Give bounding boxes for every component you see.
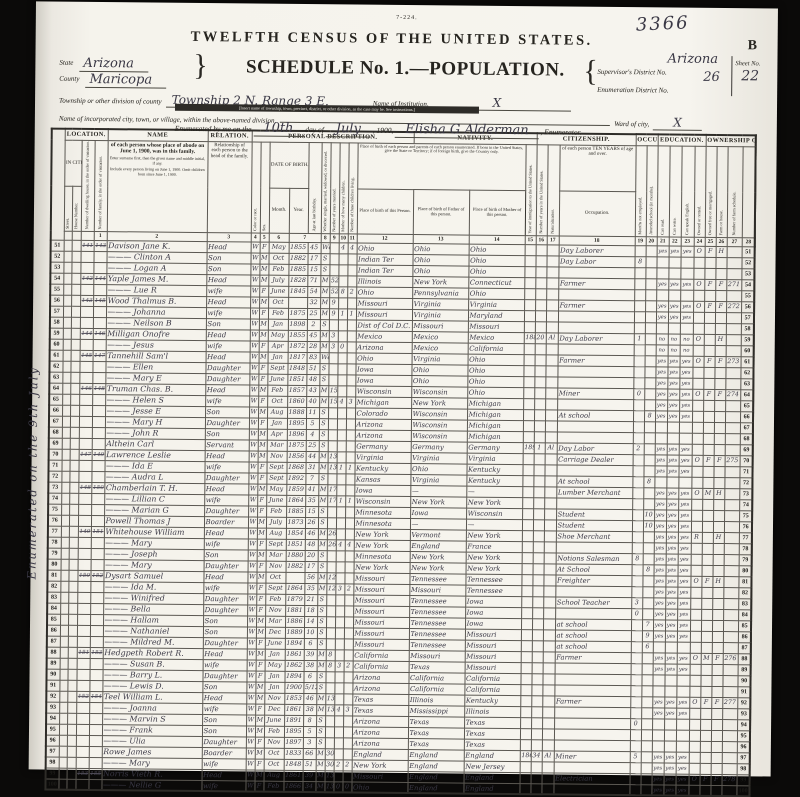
- enumeration-district-value: 26: [703, 70, 720, 85]
- farm-house-cell: F: [715, 356, 726, 367]
- farm-house-cell: F: [712, 653, 723, 664]
- can-read-cell: yes: [655, 400, 667, 411]
- immigration-year-cell: [523, 410, 534, 421]
- naturalization-header: Naturalization.: [547, 144, 560, 236]
- farm-schedule-number-header: Number of farm schedule.: [727, 146, 743, 238]
- street-cell: [59, 713, 67, 724]
- dwelling-number-cell: 152: [76, 691, 89, 702]
- birth-year-cell: 1885: [286, 506, 305, 517]
- months-unemployed-cell: [630, 708, 641, 719]
- farm-house-cell: [714, 400, 725, 411]
- farm-schedule-cell: [724, 554, 739, 565]
- marital-cell: S: [316, 738, 325, 749]
- speaks-english-cell: yes: [676, 697, 689, 708]
- can-read-cell: yes: [655, 378, 667, 389]
- line-number-cell: 96: [737, 742, 750, 753]
- farm-house-cell: F: [711, 774, 722, 785]
- race-cell: W: [250, 253, 259, 264]
- house-number-cell: [69, 493, 78, 504]
- occupation-cell: Farmer: [554, 696, 630, 708]
- attended-school-cell: [643, 532, 654, 543]
- birth-year-cell: 1857: [287, 385, 306, 396]
- race-cell: W: [247, 594, 256, 605]
- family-number-cell: [90, 614, 103, 625]
- speaks-english-cell: yes: [676, 708, 689, 719]
- line-number-cell: 58: [50, 317, 63, 328]
- marital-cell: M: [316, 771, 325, 782]
- dwelling-number-cell: [77, 592, 90, 603]
- naturalization-cell: [545, 465, 557, 476]
- immigration-year-cell: [521, 586, 532, 597]
- naturalization-cell: [545, 421, 557, 432]
- immigration-year-cell: [520, 772, 531, 783]
- column-number: 1: [94, 231, 107, 240]
- attended-school-cell: [644, 389, 655, 400]
- can-read-cell: yes: [654, 510, 666, 521]
- relation-cell: Daughter: [205, 362, 249, 373]
- relation-cell: Head: [204, 527, 248, 538]
- mother-birthplace-cell: Iowa: [465, 607, 521, 619]
- owned-rented-cell: [689, 719, 700, 730]
- sheet-number-value: 22: [741, 68, 759, 84]
- mother-birthplace-cell: Tennessee: [465, 585, 521, 597]
- sex-cell: M: [255, 693, 264, 704]
- free-mortgaged-cell: [702, 554, 713, 565]
- months-unemployed-cell: [631, 631, 642, 642]
- column-number: 7: [289, 233, 321, 242]
- race-cell: W: [248, 517, 257, 528]
- mother-birthplace-cell: Texas: [464, 739, 520, 751]
- naturalization-cell: [546, 322, 558, 333]
- house-number-cell: [71, 350, 80, 361]
- street-cell: [62, 449, 70, 460]
- can-write-cell: yes: [668, 367, 680, 378]
- birth-year-cell: 1848: [287, 363, 306, 374]
- place-of-birth-cell: Dist of Col D.C.: [356, 320, 412, 332]
- line-number-cell: 66: [49, 405, 62, 416]
- marital-cell: M: [318, 463, 327, 474]
- street-cell: [63, 339, 71, 350]
- name-cell: ——— Mary: [104, 559, 204, 571]
- attended-school-cell: [645, 268, 656, 279]
- attended-school-cell: 8: [643, 565, 654, 576]
- attended-school-cell: 8: [643, 477, 654, 488]
- place-of-birth-cell: Missouri: [353, 573, 409, 585]
- years-married-cell: 9: [329, 309, 338, 320]
- supervisor-district-value: Arizona: [667, 51, 718, 66]
- children-living-cell: [343, 771, 352, 782]
- can-read-cell: [652, 719, 664, 730]
- relation-cell: Head: [206, 296, 250, 307]
- family-number-cell: [91, 460, 104, 471]
- owned-rented-cell: [691, 477, 702, 488]
- line-number-cell: 64: [740, 390, 753, 401]
- naturalization-cell: [545, 366, 557, 377]
- document-number-handwritten: 3366: [635, 12, 690, 35]
- years-in-us-cell: [531, 740, 542, 751]
- can-read-cell: [655, 433, 667, 444]
- father-birthplace-cell: Virginia: [412, 298, 468, 310]
- mother-birthplace-cell: New York: [466, 552, 522, 564]
- mother-birthplace-cell: Texas: [464, 728, 520, 740]
- street-cell: [61, 548, 69, 559]
- children-living-cell: [346, 364, 355, 375]
- father-birthplace-cell: Wisconsin: [411, 386, 467, 398]
- immigration-year-cell: [522, 564, 533, 575]
- children-born-cell: [334, 738, 343, 749]
- years-in-us-cell: [531, 762, 542, 773]
- owned-rented-cell: [694, 257, 705, 268]
- children-living-cell: [343, 672, 352, 683]
- sex-cell: F: [257, 539, 266, 550]
- birth-month-cell: May: [266, 484, 286, 495]
- dwelling-number-cell: 150: [77, 570, 90, 581]
- can-write-cell: yes: [667, 455, 679, 466]
- street-cell: [61, 460, 69, 471]
- children-born-cell: [337, 386, 346, 397]
- place-of-birth-cell: California: [353, 661, 409, 673]
- children-living-cell: [343, 738, 352, 749]
- place-of-birth-cell: New York: [352, 760, 408, 772]
- house-number-cell: [67, 746, 76, 757]
- age-cell: 56: [304, 572, 317, 583]
- naturalization-cell: [542, 740, 554, 751]
- family-number-cell: [93, 306, 106, 317]
- children-living-cell: [346, 452, 355, 463]
- months-unemployed-cell: [634, 301, 645, 312]
- state-label: State: [59, 59, 73, 67]
- line-number-cell: 67: [740, 423, 753, 434]
- street-cell: [63, 262, 71, 273]
- house-number-cell: [68, 636, 77, 647]
- months-unemployed-cell: 0: [633, 389, 644, 400]
- free-mortgaged-cell: [702, 532, 713, 543]
- dwelling-number-cell: [76, 680, 89, 691]
- immigration-year-cell: [520, 717, 531, 728]
- line-number-cell: 53: [741, 269, 754, 280]
- marital-cell: M: [317, 573, 326, 584]
- attended-school-cell: 9: [642, 631, 653, 642]
- free-mortgaged-cell: [703, 400, 714, 411]
- age-cell: 17: [305, 561, 318, 572]
- dwelling-number-cell: [78, 548, 91, 559]
- birth-year-cell: 1861: [285, 649, 304, 660]
- birth-month-cell: June: [265, 638, 285, 649]
- race-cell: W: [246, 726, 255, 737]
- free-mortgaged-cell: F: [700, 697, 711, 708]
- free-mortgaged-cell: [702, 499, 713, 510]
- farm-schedule-cell: [723, 664, 738, 675]
- birth-year-cell: 1856: [287, 451, 306, 462]
- relation-column-header: Relationship of each person to the head …: [207, 141, 252, 233]
- farm-schedule-cell: [722, 763, 737, 774]
- place-of-birth-cell: Wisconsin: [354, 496, 410, 508]
- place-of-birth-cell: Texas: [352, 694, 408, 706]
- birth-year-cell: 1889: [285, 627, 304, 638]
- place-of-birth-cell: Indian Ter: [356, 265, 412, 277]
- attended-school-cell: [643, 543, 654, 554]
- relation-cell: Daughter: [203, 604, 247, 615]
- birth-year-cell: 1881: [285, 605, 304, 616]
- years-married-cell: 26: [327, 540, 336, 551]
- can-write-cell: [667, 422, 679, 433]
- mother-birthplace-cell: Wisconsin: [466, 508, 522, 520]
- colnum-blank: [72, 231, 81, 240]
- mother-birthplace-cell: Illinois: [464, 706, 520, 718]
- years-married-cell: 3: [329, 342, 338, 353]
- naturalization-cell: [546, 267, 558, 278]
- line-number-cell: 77: [48, 526, 61, 537]
- speaks-english-cell: yes: [679, 389, 692, 400]
- birth-year-cell: 1885: [288, 264, 307, 275]
- header-divider: [731, 56, 732, 96]
- birth-year-cell: 1882: [286, 561, 305, 572]
- enumeration-month-value: July: [326, 121, 371, 137]
- years-married-cell: 30: [325, 760, 334, 771]
- line-number-cell: 79: [48, 548, 61, 559]
- farm-house-cell: [711, 730, 722, 741]
- place-of-birth-cell: Arizona: [352, 672, 408, 684]
- street-cell: [62, 361, 70, 372]
- father-birthplace-cell: Pennsylvania: [412, 287, 468, 299]
- marital-cell: S: [317, 617, 326, 628]
- years-married-cell: 30: [325, 749, 334, 760]
- owned-rented-cell: O: [691, 488, 702, 499]
- age-cell: 39: [304, 649, 317, 660]
- line-number-cell: 51: [51, 240, 64, 251]
- farm-house-cell: [712, 620, 723, 631]
- family-number-cell: [93, 262, 106, 273]
- years-in-us-cell: [534, 410, 545, 421]
- column-number: 8: [321, 234, 330, 243]
- owned-rented-cell: [692, 400, 703, 411]
- children-living-cell: [343, 683, 352, 694]
- attended-school-cell: [644, 455, 655, 466]
- immigration-year-cell: [522, 498, 533, 509]
- house-number-cell: [69, 537, 78, 548]
- column-number: 25: [705, 237, 716, 246]
- column-number: 5: [260, 233, 269, 242]
- speaks-english-cell: [680, 323, 693, 334]
- years-married-cell: [328, 408, 337, 419]
- family-number-cell: 148: [92, 383, 105, 394]
- attended-school-cell: 10: [643, 521, 654, 532]
- naturalization-cell: [544, 476, 556, 487]
- can-write-cell: yes: [668, 301, 680, 312]
- occupation-cell: At school: [557, 410, 633, 422]
- birth-month-cell: Mar: [265, 616, 285, 627]
- birth-year-cell: 1855: [289, 242, 308, 253]
- birth-month-cell: Oct: [267, 396, 287, 407]
- family-number-cell: 143: [94, 240, 107, 251]
- street-cell: [60, 636, 68, 647]
- can-write-cell: [668, 323, 680, 334]
- marital-cell: M: [320, 342, 329, 353]
- marital-cell: S: [318, 551, 327, 562]
- children-living-cell: 1: [347, 309, 356, 320]
- column-number: 9: [330, 234, 339, 243]
- mother-birthplace-cell: Michigan: [467, 420, 523, 432]
- naturalization-cell: [545, 399, 557, 410]
- farm-schedule-cell: [724, 477, 739, 488]
- can-write-cell: yes: [667, 466, 679, 477]
- in-cities-header: IN CITIES.: [64, 140, 81, 186]
- place-of-birth-cell: Ohio: [351, 782, 407, 794]
- attended-school-cell: [642, 587, 653, 598]
- farm-schedule-cell: [724, 532, 739, 543]
- months-unemployed-cell: 0: [630, 719, 641, 730]
- birth-year-cell: 1860: [287, 396, 306, 407]
- sex-cell: F: [258, 363, 267, 374]
- can-write-cell: [667, 433, 679, 444]
- line-number-cell: 82: [47, 581, 60, 592]
- occupation-cell: [557, 399, 633, 411]
- street-cell: [59, 768, 67, 779]
- sex-cell: M: [256, 627, 265, 638]
- owned-rented-cell: O: [689, 774, 700, 785]
- line-number-cell: 75: [48, 504, 61, 515]
- free-mortgaged-cell: [701, 642, 712, 653]
- family-number-cell: 145: [93, 295, 106, 306]
- mother-birthplace-cell: Kentucky: [466, 475, 522, 487]
- line-number-cell: 99: [737, 775, 750, 786]
- line-number-cell: 93: [46, 702, 59, 713]
- mother-birthplace-cell: New York: [466, 530, 522, 542]
- left-brace-glyph: }: [193, 49, 208, 83]
- months-unemployed-cell: [630, 774, 641, 785]
- free-mortgaged-cell: [701, 675, 712, 686]
- marital-cell: S: [319, 419, 328, 430]
- race-cell: W: [248, 473, 257, 484]
- occupation-cell: Student: [556, 509, 632, 521]
- months-unemployed-cell: [632, 499, 643, 510]
- column-number: 23: [681, 237, 694, 246]
- line-number-cell: 57: [50, 306, 63, 317]
- months-unemployed-cell: 0: [631, 609, 642, 620]
- months-unemployed-cell: [630, 730, 641, 741]
- can-read-cell: yes: [654, 576, 666, 587]
- years-in-us-cell: [532, 575, 543, 586]
- race-cell: W: [248, 506, 257, 517]
- dwelling-number-cell: [77, 603, 90, 614]
- line-number-cell: 97: [46, 746, 59, 757]
- can-speak-english-header: Can speak English.: [681, 146, 695, 238]
- age-cell: 35: [305, 495, 318, 506]
- farm-schedule-cell: [726, 367, 741, 378]
- occupation-cell: [555, 674, 631, 686]
- birth-month-cell: Feb: [266, 506, 286, 517]
- sex-cell: M: [258, 407, 267, 418]
- months-unemployed-cell: [635, 246, 646, 257]
- census-table: LOCATION. NAME RELATION. PERSONAL DESCRI…: [44, 128, 756, 797]
- age-cell: 48: [305, 539, 318, 550]
- farm-house-cell: [715, 290, 726, 301]
- attended-school-cell: [644, 422, 655, 433]
- marital-cell: M: [317, 650, 326, 661]
- age-cell: 6: [304, 638, 317, 649]
- birth-year-cell: 1873: [286, 517, 305, 528]
- speaks-english-cell: yes: [680, 301, 693, 312]
- line-number-cell: 100: [45, 779, 58, 790]
- speaks-english-cell: yes: [677, 609, 690, 620]
- naturalization-cell: [547, 245, 559, 256]
- occupation-cell: Farmer: [558, 278, 634, 290]
- line-number-cell: 85: [47, 614, 60, 625]
- family-number-cell: [90, 636, 103, 647]
- free-mortgaged-cell: [704, 345, 715, 356]
- line-number-cell: 92: [46, 691, 59, 702]
- years-in-us-cell: [535, 278, 546, 289]
- months-unemployed-cell: [633, 422, 644, 433]
- can-write-cell: yes: [666, 543, 678, 554]
- street-cell: [62, 405, 70, 416]
- can-write-cell: yes: [667, 378, 679, 389]
- years-in-us-cell: [532, 630, 543, 641]
- farm-schedule-cell: [723, 587, 738, 598]
- race-cell: W: [250, 297, 259, 308]
- years-in-us-cell: [532, 608, 543, 619]
- place-of-birth-cell: Virginia: [355, 452, 411, 464]
- children-living-cell: [343, 716, 352, 727]
- birth-month-cell: Nov: [265, 605, 285, 616]
- attended-school-cell: [645, 312, 656, 323]
- mother-birthplace-cell: Tennessee: [465, 574, 521, 586]
- relation-cell: Daughter: [204, 505, 248, 516]
- house-number-cell: [67, 713, 76, 724]
- farm-house-cell: [712, 631, 723, 642]
- age-cell: 39: [303, 770, 316, 781]
- occupation-cell: [555, 663, 631, 675]
- father-birthplace-cell: Mexico: [412, 342, 468, 354]
- children-born-cell: [338, 276, 347, 287]
- father-birthplace-cell: New York: [412, 276, 468, 288]
- children-born-cell: [337, 419, 346, 430]
- free-mortgaged-cell: F: [700, 774, 711, 785]
- naturalization-cell: [543, 619, 555, 630]
- family-number-cell: [90, 581, 103, 592]
- family-number-cell: [94, 251, 107, 262]
- line-number-cell: 88: [47, 647, 60, 658]
- children-born-cell: [337, 441, 346, 452]
- attended-school-cell: [644, 433, 655, 444]
- dwelling-number-cell: [80, 262, 93, 273]
- farm-house-cell: [711, 686, 722, 697]
- father-birthplace-cell: Ohio: [411, 375, 467, 387]
- house-number-cell: [70, 449, 79, 460]
- occupation-cell: Miner: [554, 751, 630, 763]
- line-number-cell: 57: [741, 313, 754, 324]
- house-number-cell: [69, 482, 78, 493]
- street-cell: [63, 273, 71, 284]
- children-living-cell: [345, 551, 354, 562]
- birth-month-cell: Jan: [264, 671, 284, 682]
- children-living-cell: [345, 507, 354, 518]
- family-number-cell: [93, 339, 106, 350]
- free-mortgaged-cell: [703, 422, 714, 433]
- speaks-english-cell: [677, 675, 690, 686]
- line-number-cell: 54: [741, 280, 754, 291]
- years-in-us-cell: [535, 267, 546, 278]
- line-number-cell: 68: [740, 434, 753, 445]
- owned-rented-cell: O: [693, 301, 704, 312]
- years-married-cell: [325, 727, 334, 738]
- can-read-cell: yes: [653, 653, 665, 664]
- sex-cell: F: [255, 704, 264, 715]
- can-write-cell: [664, 730, 676, 741]
- line-number-cell: 68: [49, 427, 62, 438]
- father-birthplace-cell: Tennessee: [409, 628, 465, 640]
- can-read-cell: yes: [656, 279, 668, 290]
